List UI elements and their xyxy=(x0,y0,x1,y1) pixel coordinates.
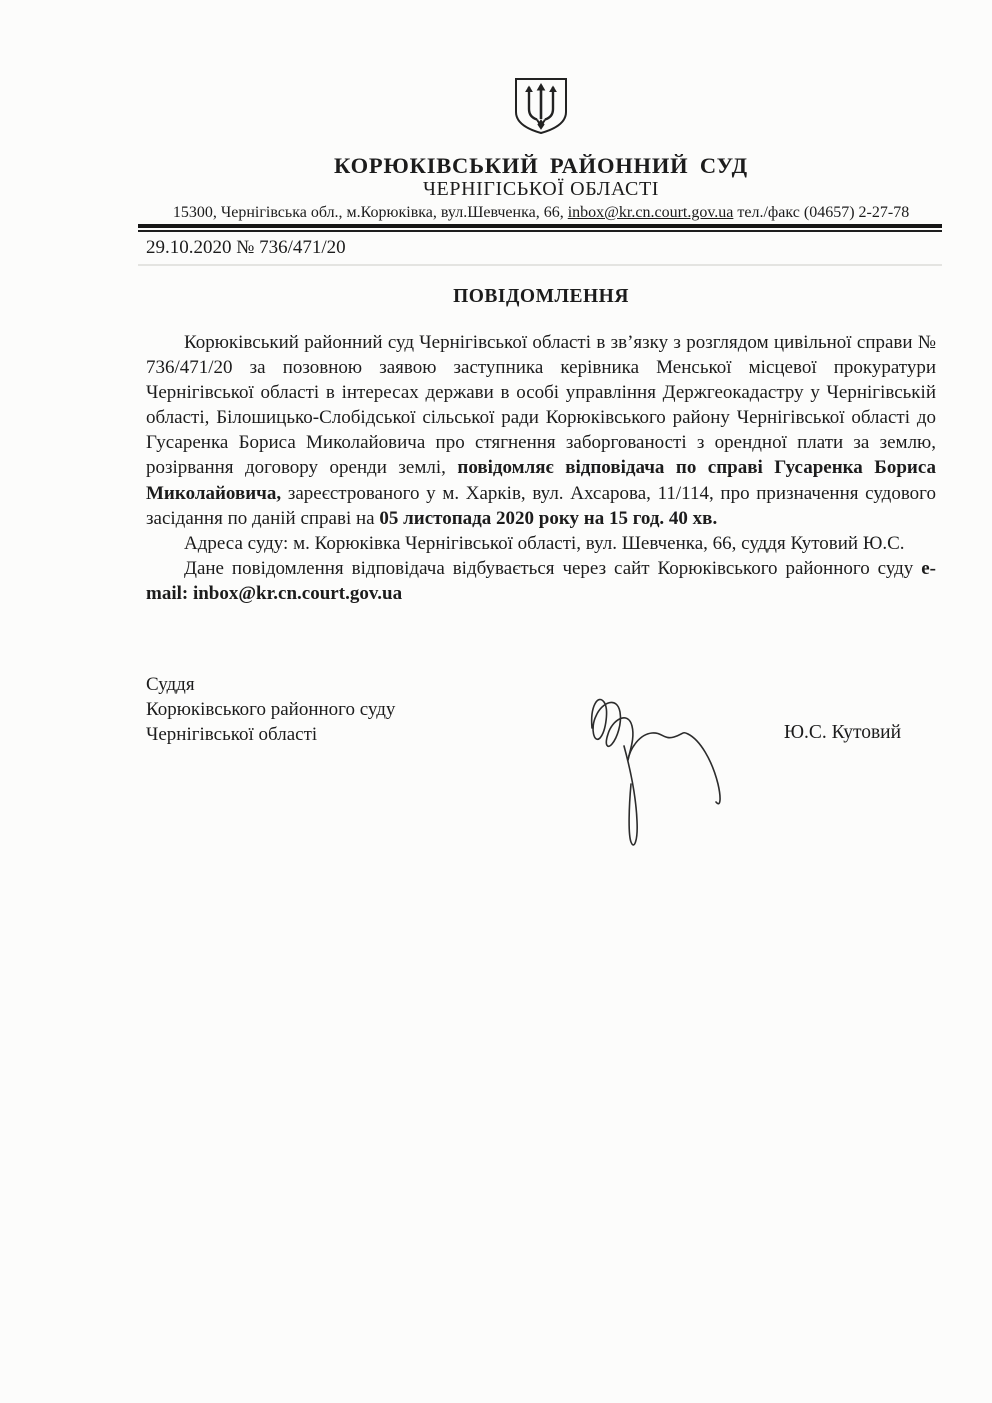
scan-artifact-line xyxy=(138,264,942,266)
header-rule xyxy=(138,224,942,232)
scanned-court-letter: КОРЮКІВСЬКИЙ РАЙОННИЙ СУД ЧЕРНІГІСЬКОЇ О… xyxy=(0,0,992,1403)
judge-title-line: Суддя xyxy=(146,672,936,697)
judge-name: Ю.С. Кутовий xyxy=(784,722,901,744)
address-phone: тел./факс (04657) 2-27-78 xyxy=(733,204,909,221)
address-location: 15300, Чернігівська обл., м.Корюківка, в… xyxy=(173,204,568,221)
reference-number: 29.10.2020 № 736/471/20 xyxy=(146,237,936,259)
handwritten-signature-icon xyxy=(584,676,739,856)
body-text: Дане повідомлення відповідача відбуваєть… xyxy=(184,558,921,579)
court-address-line: 15300, Чернігівська обл., м.Корюківка, в… xyxy=(146,204,936,222)
document-title: ПОВІДОМЛЕННЯ xyxy=(146,286,936,307)
body-text: Адреса суду: м. Корюківка Чернігівської … xyxy=(184,533,905,554)
header-rule-thin xyxy=(138,230,942,232)
body-text-bold: 05 листопада 2020 року на 15 год. 40 хв. xyxy=(379,508,717,529)
judge-title-line: Корюківського районного суду xyxy=(146,697,936,722)
header-rule-thick xyxy=(138,224,942,228)
document-paragraphs: Корюківський районний суд Чернігівської … xyxy=(146,330,936,606)
court-name: КОРЮКІВСЬКИЙ РАЙОННИЙ СУД xyxy=(146,154,936,177)
body-paragraph: Адреса суду: м. Корюківка Чернігівської … xyxy=(146,531,936,556)
ukraine-trident-emblem-icon xyxy=(511,76,571,136)
body-paragraph: Корюківський районний суд Чернігівської … xyxy=(146,330,936,531)
body-paragraph: Дане повідомлення відповідача відбуваєть… xyxy=(146,556,936,606)
letter-content: КОРЮКІВСЬКИЙ РАЙОННИЙ СУД ЧЕРНІГІСЬКОЇ О… xyxy=(146,0,936,932)
signature-block: Суддя Корюківського районного суду Черні… xyxy=(146,672,936,932)
court-region: ЧЕРНІГІСЬКОЇ ОБЛАСТІ xyxy=(146,179,936,200)
court-email: inbox@kr.cn.court.gov.ua xyxy=(568,204,734,221)
